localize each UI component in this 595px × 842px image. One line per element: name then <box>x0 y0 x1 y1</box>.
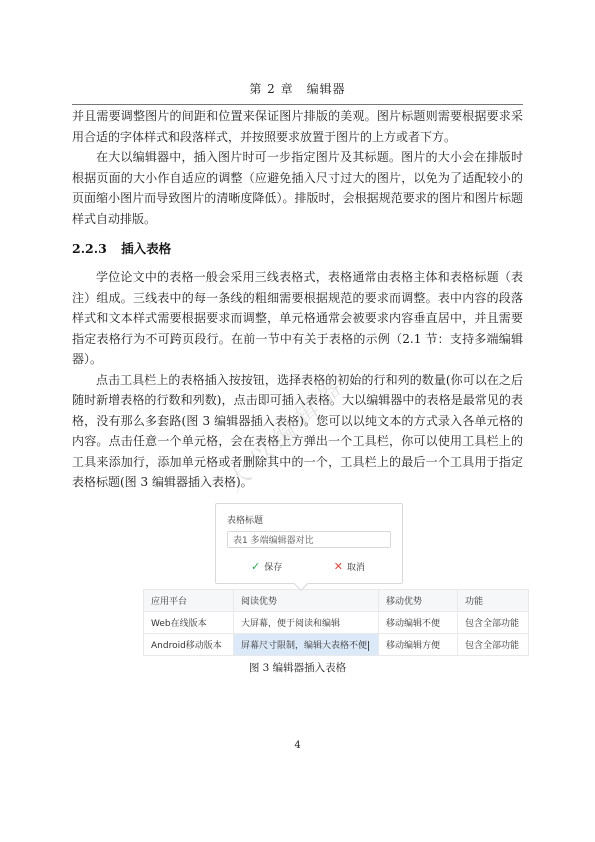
table-cell-selected[interactable]: 屏幕尺寸限制，编辑大表格不便 <box>234 634 379 656</box>
check-icon: ✓ <box>251 561 260 572</box>
table-cell[interactable]: 包含全部功能 <box>458 612 529 634</box>
section-number: 2.2.3 <box>72 241 107 256</box>
table-row: Android移动版本 屏幕尺寸限制，编辑大表格不便 移动编辑方便 包含全部功能 <box>144 634 529 656</box>
table-cell[interactable]: Web在线版本 <box>144 612 234 634</box>
table-header-cell[interactable]: 功能 <box>458 590 529 612</box>
paragraph: 在大以编辑器中，插入图片时可一步指定图片及其标题。图片的大小会在排版时根据页面的… <box>72 147 523 229</box>
popup-title-label: 表格标题 <box>227 513 391 526</box>
document-page: 第 2 章 编辑器 并且需要调整图片的间距和位置来保证图片排版的美观。图片标题则… <box>0 0 595 842</box>
paragraph: 点击工具栏上的表格插入按按钮，选择表格的初始的行和列的数量(你可以在之后随时新增… <box>72 370 523 493</box>
table-cell[interactable]: 移动编辑方便 <box>379 634 458 656</box>
table-header-cell[interactable]: 阅读优势 <box>234 590 379 612</box>
popup-actions: ✓ 保存 ✕ 取消 <box>227 560 391 573</box>
table-cell[interactable]: 移动编辑不便 <box>379 612 458 634</box>
section-heading: 2.2.3 插入表格 <box>72 240 523 257</box>
save-button-label: 保存 <box>264 560 282 573</box>
table-caption-input[interactable] <box>227 531 391 548</box>
table-caption-popup: 表格标题 ✓ 保存 ✕ 取消 <box>215 503 403 584</box>
paragraph: 并且需要调整图片的间距和位置来保证图片排版的美观。图片标题则需要根据要求采用合适… <box>72 106 523 147</box>
figure-caption: 图 3 编辑器插入表格 <box>72 660 523 675</box>
table-cell[interactable]: 大屏幕，便于阅读和编辑 <box>234 612 379 634</box>
cancel-button[interactable]: ✕ 取消 <box>334 560 365 573</box>
selected-cell-text: 屏幕尺寸限制，编辑大表格不便 <box>241 641 367 651</box>
body-text: 并且需要调整图片的间距和位置来保证图片排版的美观。图片标题则需要根据要求采用合适… <box>72 106 523 493</box>
cancel-button-label: 取消 <box>347 560 365 573</box>
table-cell[interactable]: 包含全部功能 <box>458 634 529 656</box>
table-header-cell[interactable]: 应用平台 <box>144 590 234 612</box>
chapter-title: 第 2 章 编辑器 <box>249 82 345 96</box>
figure-editor-screenshot: 表格标题 ✓ 保存 ✕ 取消 应用平台 阅读优势 移动优势 <box>143 503 468 656</box>
close-x-icon: ✕ <box>334 561 343 572</box>
table-row: Web在线版本 大屏幕，便于阅读和编辑 移动编辑不便 包含全部功能 <box>144 612 529 634</box>
table-header-cell[interactable]: 移动优势 <box>379 590 458 612</box>
text-cursor <box>368 641 369 651</box>
table-header-row: 应用平台 阅读优势 移动优势 功能 <box>144 590 529 612</box>
paragraph: 学位论文中的表格一般会采用三线表格式，表格通常由表格主体和表格标题（表注）组成。… <box>72 267 523 370</box>
running-header: 第 2 章 编辑器 <box>72 80 523 105</box>
table-cell[interactable]: Android移动版本 <box>144 634 234 656</box>
page-number: 4 <box>0 740 595 751</box>
comparison-table: 应用平台 阅读优势 移动优势 功能 Web在线版本 大屏幕，便于阅读和编辑 移动… <box>143 589 529 656</box>
section-title: 插入表格 <box>121 241 171 256</box>
save-button[interactable]: ✓ 保存 <box>251 560 282 573</box>
